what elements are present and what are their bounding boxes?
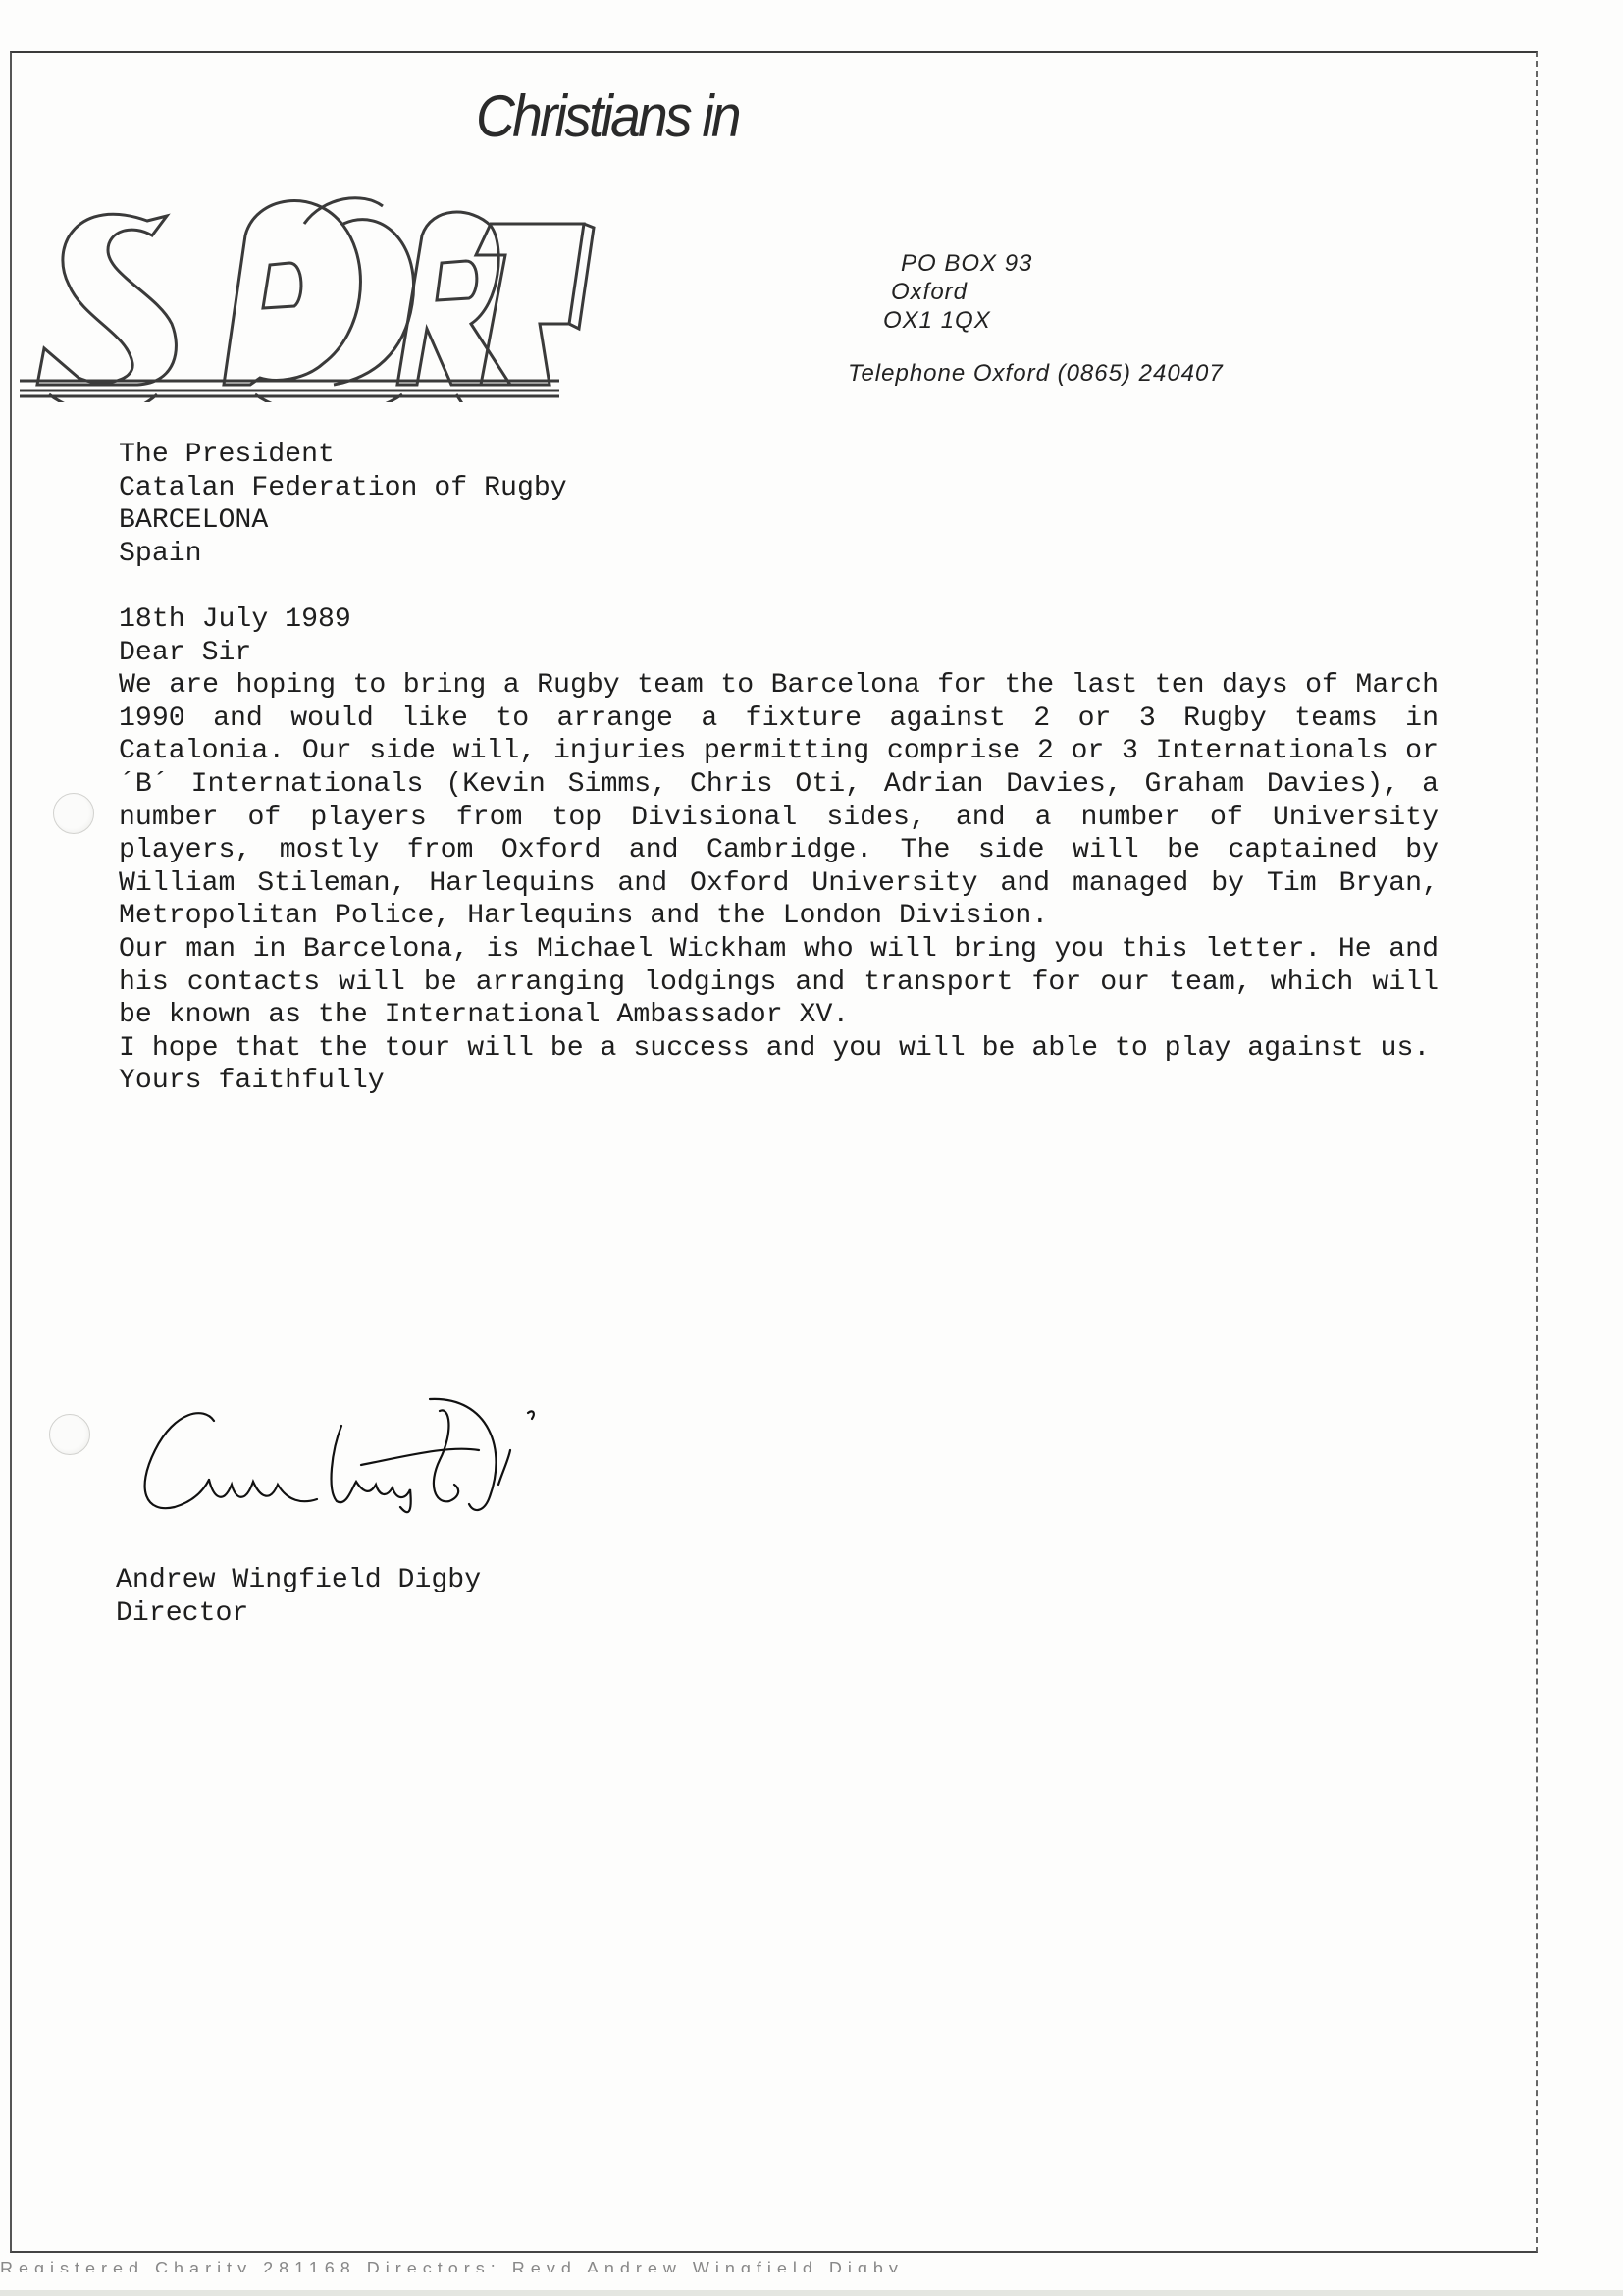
address-line: OX1 1QX <box>881 306 1032 335</box>
address-block: PO BOX 93 Oxford OX1 1QX <box>881 249 1032 335</box>
recipient-line: Spain <box>119 538 1439 571</box>
address-line: PO BOX 93 <box>881 249 1032 278</box>
punch-hole <box>49 1414 90 1455</box>
footer-registration-text: Registered Charity 281168 Directors: Rev… <box>0 2259 932 2272</box>
recipient-line: The President <box>119 439 1439 472</box>
signatory-title: Director <box>116 1597 481 1631</box>
signatory-name: Andrew Wingfield Digby <box>116 1564 481 1597</box>
recipient-line: BARCELONA <box>119 504 1439 538</box>
body-paragraph: Our man in Barcelona, is Michael Wickham… <box>119 933 1439 1032</box>
salutation: Dear Sir <box>119 637 1439 670</box>
letter-date: 18th July 1989 <box>119 603 1439 637</box>
recipient-address: The President Catalan Federation of Rugb… <box>119 439 1439 570</box>
body-paragraph: I hope that the tour will be a success a… <box>119 1032 1439 1066</box>
page-bottom-edge <box>0 2290 1623 2296</box>
telephone: Telephone Oxford (0865) 240407 <box>848 359 1224 388</box>
signatory-block: Andrew Wingfield Digby Director <box>116 1564 481 1630</box>
sport-logo-icon <box>10 137 844 402</box>
closing: Yours faithfully <box>119 1065 1439 1098</box>
recipient-line: Catalan Federation of Rugby <box>119 472 1439 505</box>
handwritten-signature-icon <box>116 1391 626 1539</box>
punch-hole <box>53 793 94 834</box>
body-paragraph: We are hoping to bring a Rugby team to B… <box>119 669 1439 933</box>
address-line: Oxford <box>881 278 1032 306</box>
letter-body: The President Catalan Federation of Rugb… <box>119 439 1439 1098</box>
